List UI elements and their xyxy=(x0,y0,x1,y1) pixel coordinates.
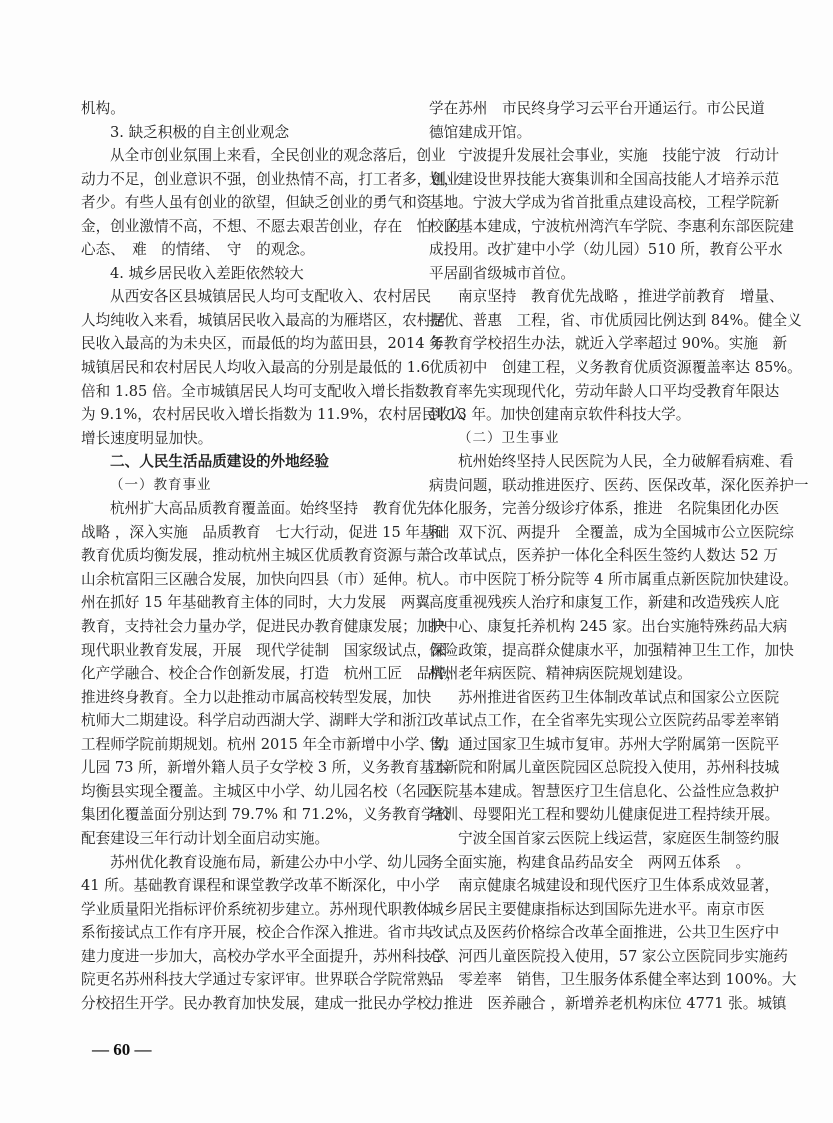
text-line: 山余杭富阳三区融合发展，加快向四县（市）延伸。杭 xyxy=(81,568,409,592)
text-line: 3. 缺乏积极的自主创业观念 xyxy=(81,121,409,145)
text-line: 教育优质均衡发展，推动杭州主城区优质教育资源与萧 xyxy=(81,544,409,568)
text-line: 体化服务，完善分级诊疗体系，推进 名院集团化办医 xyxy=(429,497,757,521)
text-line: 教育，支持社会力量办学，促进民办教育健康发展；加快 xyxy=(81,615,409,639)
text-line: 江新院和附属儿童医院园区总院投入使用，苏州科技城 xyxy=(429,756,757,780)
text-line: 现代职业教育发展，开展 现代学徒制 国家级试点，深 xyxy=(81,639,409,663)
text-line: 推进终身教育。全力以赴推动市属高校转型发展，加快 xyxy=(81,686,409,710)
text-line: 城镇居民和农村居民人均收入最高的分别是最低的 1.6 xyxy=(81,356,409,380)
text-line: 工程师学院前期规划。杭州 2015 年全市新增中小学、幼 xyxy=(81,733,409,757)
text-line: 集团化覆盖面分别达到 79.7% 和 71.2%，义务教育学校 xyxy=(81,803,409,827)
text-line: 学在苏州 市民终身学习云平台开通运行。市公民道 xyxy=(429,97,757,121)
text-line: 务全面实施，构建食品药品安全 两网五体系 。 xyxy=(429,851,757,875)
text-line: 合改革试点，医养护一体化全科医生签约人数达 52 万 xyxy=(429,544,757,568)
text-line: 德馆建成开馆。 xyxy=(429,121,757,145)
text-line: 增长速度明显加快。 xyxy=(81,427,409,451)
text-line: 心、河西儿童医院投入使用，57 家公立医院同步实施药 xyxy=(429,945,757,969)
text-line: 41 所。基础教育课程和课堂教学改革不断深化，中小学 xyxy=(81,874,409,898)
text-line: 化产学融合、校企合作创新发展，打造 杭州工匠 品牌， xyxy=(81,662,409,686)
text-line: 战略 ，深入实施 品质教育 七大行动，促进 15 年基础 xyxy=(81,521,409,545)
text-line: 培训、母婴阳光工程和婴幼儿健康促进工程持续开展。 xyxy=(429,803,757,827)
text-line: 学业质量阳光指标评价系统初步建立。苏州现代职教体 xyxy=(81,898,409,922)
text-line: 从全市创业氛围上来看，全民创业的观念落后，创业 xyxy=(81,144,409,168)
text-line: 力推进 医养融合 ，新增养老机构床位 4771 张。城镇 xyxy=(429,992,757,1016)
text-line: 机构。 xyxy=(81,97,409,121)
text-line: 苏州优化教育设施布局，新建公办中小学、幼儿园 xyxy=(81,851,409,875)
text-line: 宁波提升发展社会事业，实施 技能宁波 行动计 xyxy=(429,144,757,168)
text-line: 到 13 年。加快创建南京软件科技大学。 xyxy=(429,403,757,427)
text-line: 保险政策，提高群众健康水平，加强精神卫生工作，加快 xyxy=(429,639,757,663)
text-line: （一）教育事业 xyxy=(81,474,409,498)
text-line: 州在抓好 15 年基础教育主体的同时，大力发展 两翼 xyxy=(81,591,409,615)
text-line: 人。市中医院丁桥分院等 4 所市属重点新医院加快建设。 xyxy=(429,568,757,592)
text-line: 民收入最高的为未央区，而最低的均为蓝田县，2014 年 xyxy=(81,332,409,356)
text-line: 杭州扩大高品质教育覆盖面。始终坚持 教育优先 xyxy=(81,497,409,521)
text-line: 和 双下沉、两提升 全覆盖，成为全国城市公立医院综 xyxy=(429,521,757,545)
text-line: 校区基本建成，宁波杭州湾汽车学院、李惠利东部医院建 xyxy=(429,215,757,239)
text-line: 售。通过国家卫生城市复审。苏州大学附属第一医院平 xyxy=(429,733,757,757)
text-line: 从西安各区县城镇居民人均可支配收入、农村居民 xyxy=(81,285,409,309)
text-line: 护中心、康复托养机构 245 家。出台实施特殊药品大病 xyxy=(429,615,757,639)
text-line: 苏州推进省医药卫生体制改革试点和国家公立医院 xyxy=(429,686,757,710)
text-line: 动力不足，创业意识不强，创业热情不高，打工者多，创业 xyxy=(81,168,409,192)
text-line: 者少。有些人虽有创业的欲望，但缺乏创业的勇气和资 xyxy=(81,191,409,215)
text-line: 均衡县实现全覆盖。主城区中小学、幼儿园名校（名园） xyxy=(81,780,409,804)
text-line: 务教育学校招生办法，就近入学率超过 90%。实施 新 xyxy=(429,332,757,356)
text-line: 医院基本建成。智慧医疗卫生信息化、公益性应急救护 xyxy=(429,780,757,804)
text-line: 心态、 难 的情绪、 守 的观念。 xyxy=(81,238,409,262)
text-line: 基地。宁波大学成为省首批重点建设高校，工程学院新 xyxy=(429,191,757,215)
text-line: 金，创业激情不高，不想、不愿去艰苦创业，存在 怕 的 xyxy=(81,215,409,239)
text-line: 杭师大二期建设。科学启动西湖大学、湖畔大学和浙江 xyxy=(81,709,409,733)
text-line: 系衔接试点工作有序开展，校企合作深入推进。省市共 xyxy=(81,921,409,945)
text-line: 提优、普惠 工程，省、市优质园比例达到 84%。健全义 xyxy=(429,309,757,333)
text-line: 院更名苏州科技大学通过专家评审。世界联合学院常熟 xyxy=(81,968,409,992)
left-column: 机构。3. 缺乏积极的自主创业观念从全市创业氛围上来看，全民创业的观念落后，创业… xyxy=(81,97,409,1015)
page-number: — 60 — xyxy=(92,1040,152,1060)
text-line: 建力度进一步加大，高校办学水平全面提升，苏州科技学 xyxy=(81,945,409,969)
text-line: 宁波全国首家云医院上线运营，家庭医生制签约服 xyxy=(429,827,757,851)
text-line: 杭州老年病医院、精神病医院规划建设。 xyxy=(429,662,757,686)
text-line: 高度重视残疾人治疗和康复工作，新建和改造残疾人庇 xyxy=(429,591,757,615)
text-line: 南京健康名城建设和现代医疗卫生体系成效显著， xyxy=(429,874,757,898)
text-line: 优质初中 创建工程，义务教育优质资源覆盖率达 85%。 xyxy=(429,356,757,380)
text-line: 平居副省级城市首位。 xyxy=(429,262,757,286)
text-line: 改革试点工作，在全省率先实现公立医院药品零差率销 xyxy=(429,709,757,733)
text-line: 倍和 1.85 倍。全市城镇居民人均可支配收入增长指数 xyxy=(81,380,409,404)
text-line: 南京坚持 教育优先战略 ，推进学前教育 增量、 xyxy=(429,285,757,309)
text-line: 教育率先实现现代化，劳动年龄人口平均受教育年限达 xyxy=(429,380,757,404)
text-line: 儿园 73 所，新增外籍人员子女学校 3 所，义务教育基本 xyxy=(81,756,409,780)
text-line: 杭州始终坚持人民医院为人民，全力破解看病难、看 xyxy=(429,450,757,474)
text-line: 品 零差率 销售，卫生服务体系健全率达到 100%。大 xyxy=(429,968,757,992)
text-line: 配套建设三年行动计划全面启动实施。 xyxy=(81,827,409,851)
text-line: 分校招生开学。民办教育加快发展，建成一批民办学校。 xyxy=(81,992,409,1016)
text-line: 人均纯收入来看，城镇居民收入最高的为雁塔区，农村居 xyxy=(81,309,409,333)
text-line: 划，建设世界技能大赛集训和全国高技能人才培养示范 xyxy=(429,168,757,192)
text-line: 4. 城乡居民收入差距依然较大 xyxy=(81,262,409,286)
text-line: 城乡居民主要健康指标达到国际先进水平。南京市医 xyxy=(429,898,757,922)
text-line: 病贵问题，联动推进医疗、医药、医保改革，深化医养护一 xyxy=(429,474,757,498)
text-line: 二、人民生活品质建设的外地经验 xyxy=(81,450,409,474)
text-line: 成投用。改扩建中小学（幼儿园）510 所，教育公平水 xyxy=(429,238,757,262)
text-line: 改试点及医药价格综合改革全面推进，公共卫生医疗中 xyxy=(429,921,757,945)
text-line: 为 9.1%，农村居民收入增长指数为 11.9%，农村居民收入 xyxy=(81,403,409,427)
right-column: 学在苏州 市民终身学习云平台开通运行。市公民道德馆建成开馆。宁波提升发展社会事业… xyxy=(429,97,757,1015)
text-line: （二）卫生事业 xyxy=(429,427,757,451)
